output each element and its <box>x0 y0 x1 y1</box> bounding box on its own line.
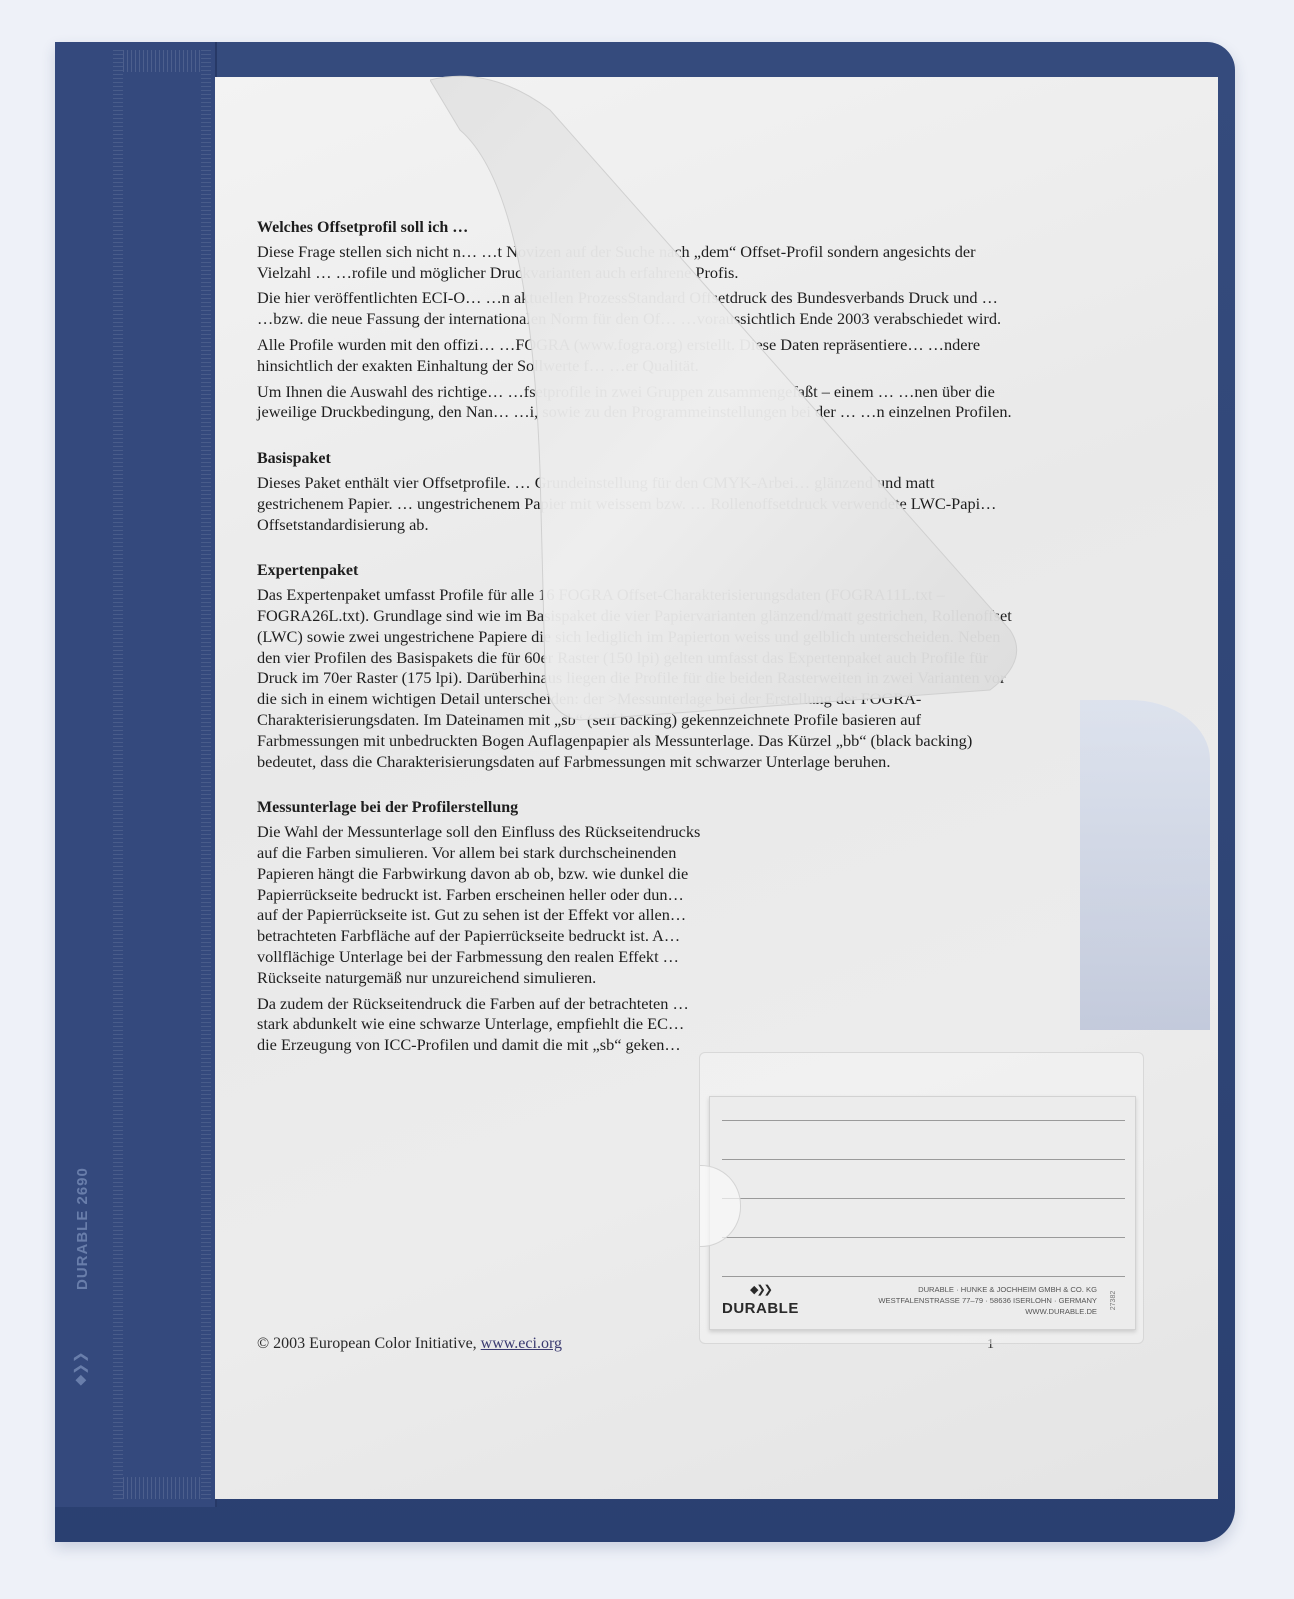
paragraph: Alle Profile wurden mit den offizi… …FOG… <box>257 335 1017 377</box>
section-messunterlage: Messunterlage bei der Profilerstellung D… <box>257 798 1017 1056</box>
spine-rib-bottom <box>123 1477 201 1499</box>
spine-rib <box>113 50 123 1499</box>
paragraph: Da zudem der Rückseitendruck die Farben … <box>257 994 707 1056</box>
paragraph: Die Wahl der Messunterlage soll den Einf… <box>257 822 707 988</box>
article-number: 27382 <box>1110 1291 1117 1310</box>
label-card[interactable]: ◆❯❯ DURABLE DURABLE · HUNKE & JOCHHEIM G… <box>709 1096 1136 1330</box>
section-heading: Basispaket <box>257 449 1017 470</box>
section-heading: Welches Offsetprofil soll ich … <box>257 218 1017 239</box>
label-write-line <box>722 1159 1125 1160</box>
label-write-line <box>722 1120 1125 1121</box>
spine-brand-text: DURABLE 2690 <box>74 1167 91 1290</box>
label-write-line <box>722 1237 1125 1238</box>
spine-rib <box>201 50 211 1499</box>
section-basispaket: Basispaket Dieses Paket enthält vier Off… <box>257 449 1017 535</box>
paragraph: Die hier veröffentlichten ECI-O… …n aktu… <box>257 288 1017 330</box>
durable-chevrons-icon: ◆❯❯ <box>750 1283 771 1296</box>
paragraph: Das Expertenpaket umfasst Profile für al… <box>257 585 1017 772</box>
paragraph: Diese Frage stellen sich nicht n… …t Nov… <box>257 242 1017 284</box>
paragraph: Dieses Paket enthält vier Offsetprofile.… <box>257 473 1017 535</box>
company-line: WWW.DURABLE.DE <box>878 1306 1097 1317</box>
section-offsetprofil: Welches Offsetprofil soll ich … Diese Fr… <box>257 218 1017 423</box>
company-line: DURABLE · HUNKE & JOCHHEIM GMBH & CO. KG <box>878 1284 1097 1295</box>
section-heading: Expertenpaket <box>257 561 1017 582</box>
durable-chevrons-icon: ◆❯❯ <box>73 1351 90 1385</box>
durable-logo: DURABLE <box>722 1300 799 1317</box>
eci-link[interactable]: www.eci.org <box>481 1335 562 1352</box>
copyright-footer: © 2003 European Color Initiative, www.ec… <box>257 1335 562 1353</box>
copyright-text: © 2003 European Color Initiative, <box>257 1335 481 1352</box>
section-heading: Messunterlage bei der Profilerstellung <box>257 798 1017 819</box>
label-write-line <box>722 1276 1125 1277</box>
section-expertenpaket: Expertenpaket Das Expertenpaket umfasst … <box>257 561 1017 772</box>
label-write-line <box>722 1198 1125 1199</box>
paragraph: Um Ihnen die Auswahl des richtige… …fset… <box>257 382 1017 424</box>
document-body: Welches Offsetprofil soll ich … Diese Fr… <box>257 218 1017 1061</box>
spine-rib-top <box>123 50 201 72</box>
company-address: DURABLE · HUNKE & JOCHHEIM GMBH & CO. KG… <box>878 1284 1097 1317</box>
company-line: WESTFALENSTRASSE 77–79 · 58636 ISERLOHN … <box>878 1295 1097 1306</box>
